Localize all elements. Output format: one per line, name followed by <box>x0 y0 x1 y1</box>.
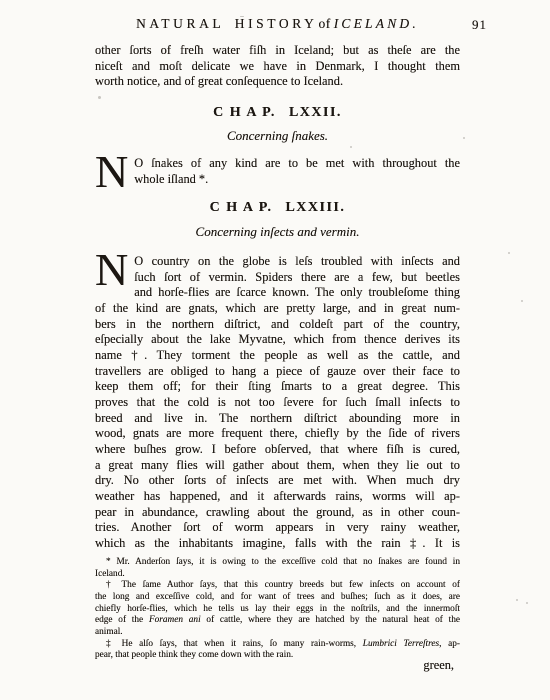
text-line: eſpecially about the lake Myvatne, which… <box>95 332 460 348</box>
book-page: NATURAL HISTORYofICELAND. 91 other ſorts… <box>0 0 550 700</box>
scan-speck <box>516 599 518 601</box>
text-line: other ſorts of freſh water fiſh in Icela… <box>95 43 460 59</box>
text-line: dry. No other ſorts of inſects are met w… <box>95 473 460 489</box>
text-line: where buſhes grow. I before obſerved, th… <box>95 442 460 458</box>
chapter-72-heading-number: LXXII. <box>289 105 342 120</box>
text-line: a great many flies will gather about the… <box>95 458 460 474</box>
text-line: travellers are obliged to hang a piece o… <box>95 364 460 380</box>
text-line: niceſt and moſt delicate we have in Denm… <box>95 59 460 75</box>
running-title-main: NATURAL HISTORY <box>136 16 317 31</box>
text-line: the long and exceſſive cold, and for wan… <box>95 592 460 604</box>
scan-speck <box>240 16 244 17</box>
chapter-73-heading-number: LXXIII. <box>285 200 345 215</box>
chapter-73-heading-word: C H A P. <box>210 200 273 215</box>
page-number: 91 <box>472 17 487 33</box>
chapter-72-subtitle: Concerning ſnakes. <box>95 128 460 144</box>
drop-cap-letter: N <box>95 156 128 188</box>
text-line: O country on the globe is leſs troubled … <box>95 254 460 270</box>
chapter-73-paragraph: N O country on the globe is leſs trouble… <box>95 254 460 551</box>
text-line: and horſe-flies are ſcarce known. The on… <box>95 285 460 301</box>
text-line: ‡ He alſo ſays, that when it rains, ſo m… <box>95 639 460 651</box>
text-line: proves that the cold is not too ſevere f… <box>95 395 460 411</box>
text-line: tries. Another ſort of worm appears in v… <box>95 520 460 536</box>
chapter-73-subtitle: Concerning inſects and vermin. <box>95 224 460 240</box>
text-line: weather has happened, and it afterwards … <box>95 489 460 505</box>
text-line: worth notice, and of great conſequence t… <box>95 74 460 90</box>
running-title-place: ICELAND. <box>334 16 419 31</box>
text-line: O ſnakes of any kind are to be met with … <box>95 156 460 172</box>
text-line: keep them off; for their ſting ſmarts to… <box>95 379 460 395</box>
running-title-of: of <box>318 16 330 31</box>
drop-cap-letter: N <box>95 254 128 286</box>
running-header: NATURAL HISTORYofICELAND. <box>95 16 460 32</box>
scan-speck <box>463 137 465 139</box>
text-line: whole iſland *. <box>95 172 460 188</box>
scan-speck <box>521 300 523 302</box>
footnote-insects: † The ſame Author ſays, that this countr… <box>95 580 460 638</box>
text-line: animal. <box>95 627 460 639</box>
scan-speck <box>526 602 528 604</box>
text-line: pear in abundance, crawling about the gr… <box>95 505 460 521</box>
text-line: * Mr. Anderſon ſays, it is owing to the … <box>95 557 460 569</box>
text-line: breed and live in. The northern diſtrict… <box>95 411 460 427</box>
scan-speck <box>350 146 352 148</box>
text-line: † The ſame Author ſays, that this countr… <box>95 580 460 592</box>
scan-speck <box>508 252 510 254</box>
text-line: which as the inhabitants imagine, falls … <box>95 536 460 552</box>
text-line: bers in the northern diſtrict, and colde… <box>95 317 460 333</box>
text-line: Iceland. <box>95 569 460 581</box>
text-line: chiefly horſe-flies, which he tells us l… <box>95 604 460 616</box>
text-line: ſuch ſort of vermin. Spiders there are a… <box>95 270 460 286</box>
catchword: green, <box>95 658 460 673</box>
chapter-72-heading: C H A P.LXXII. <box>95 105 460 121</box>
text-line: of the kind are gnats, which are pretty … <box>95 301 460 317</box>
scan-speck <box>98 96 101 99</box>
text-line: edge of the Foramen ani of cattle, where… <box>95 615 460 627</box>
text-line: name †. They torment the people as well … <box>95 348 460 364</box>
text-line: wood, gnats are more frequent there, chi… <box>95 426 460 442</box>
chapter-73-heading: C H A P.LXXIII. <box>95 200 460 216</box>
chapter-72-paragraph: N O ſnakes of any kind are to be met wit… <box>95 156 460 188</box>
footnote-snakes: * Mr. Anderſon ſays, it is owing to the … <box>95 557 460 580</box>
intro-paragraph: other ſorts of freſh water fiſh in Icela… <box>95 43 460 90</box>
footnotes-section: * Mr. Anderſon ſays, it is owing to the … <box>95 557 460 662</box>
chapter-72-heading-word: C H A P. <box>213 105 276 120</box>
